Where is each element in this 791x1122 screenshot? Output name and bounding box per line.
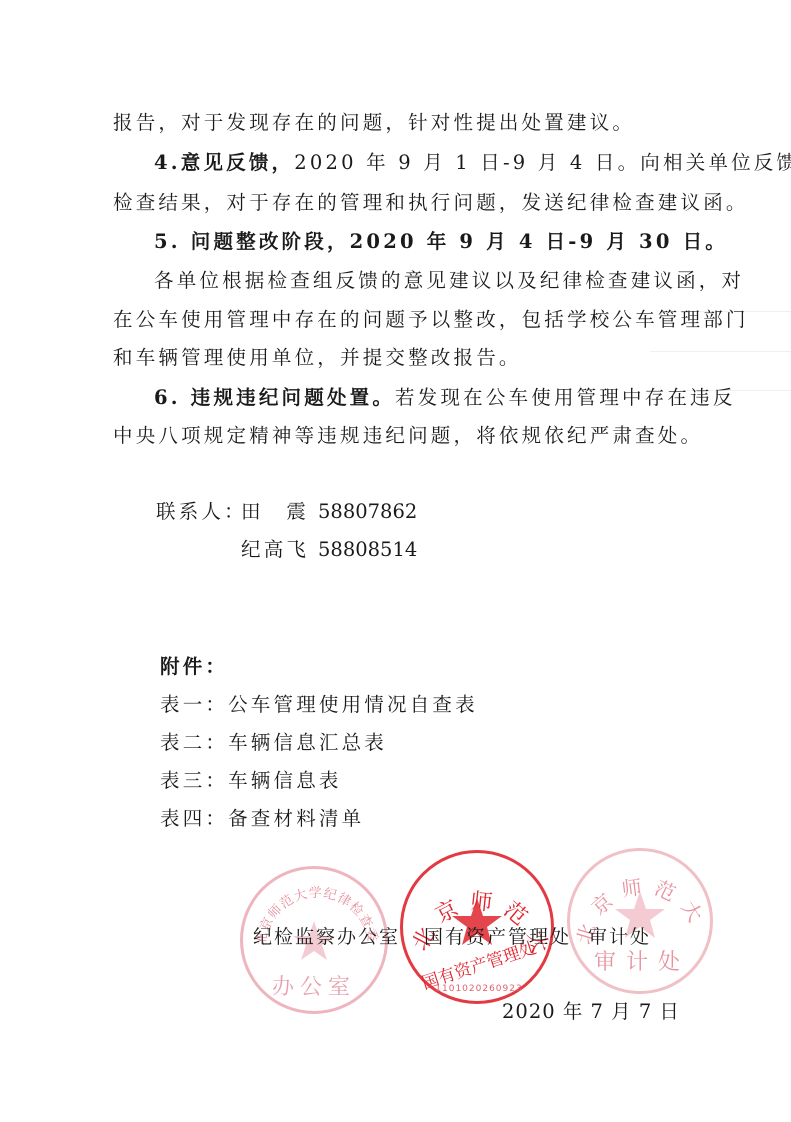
paragraph-line: 5. 问题整改阶段，2020 年 9 月 4 日-9 月 30 日。 xyxy=(154,230,728,254)
section-text: 2020 年 9 月 4 日-9 月 30 日。 xyxy=(350,230,728,253)
attachment-item: 表一：公车管理使用情况自查表 xyxy=(160,693,478,717)
paragraph-line: 6. 违规违纪问题处置。若发现在公车使用管理中存在违反 xyxy=(154,386,736,410)
attachment-title: 车辆信息表 xyxy=(228,769,342,792)
paragraph-line: 报告，对于发现存在的问题，针对性提出处置建议。 xyxy=(113,111,635,135)
signature-discipline-office: 纪检监察办公室 xyxy=(253,922,400,949)
section-heading-6: 6. 违规违纪问题处置。 xyxy=(154,386,395,409)
paragraph-line: 各单位根据检查组反馈的意见建议以及纪律检查建议函，对 xyxy=(154,269,744,293)
attachment-label: 表一： xyxy=(160,693,228,716)
attachments-heading: 附件： xyxy=(160,655,228,679)
svg-text:办公室: 办公室 xyxy=(272,975,356,1000)
attachment-item: 表四：备查材料清单 xyxy=(160,807,364,831)
contact-phone: 58808514 xyxy=(318,538,417,562)
contacts-label: 联系人： xyxy=(156,500,247,524)
attachment-title: 车辆信息汇总表 xyxy=(228,731,387,754)
attachment-label: 表二： xyxy=(160,731,228,754)
stamp-audit-office: 北京师范大学 审计处 xyxy=(567,848,713,994)
svg-text:审计处: 审计处 xyxy=(594,950,690,975)
attachment-label: 表四： xyxy=(160,807,228,830)
section-heading-4: 4.意见反馈， xyxy=(154,151,294,174)
signature-state-assets-office: 国有资产管理处 xyxy=(424,922,571,949)
paragraph-line: 4.意见反馈，2020 年 9 月 1 日-9 月 4 日。向相关单位反馈 xyxy=(154,151,791,175)
attachment-title: 备查材料清单 xyxy=(228,807,364,830)
contact-name: 田 震 xyxy=(241,500,309,524)
attachment-label: 表三： xyxy=(160,769,228,792)
paragraph-line: 在公车使用管理中存在的问题予以整改，包括学校公车管理部门 xyxy=(113,308,749,332)
paragraph-line: 中央八项规定精神等违规违纪问题，将依规依纪严肃查处。 xyxy=(113,424,703,448)
attachment-item: 表二：车辆信息汇总表 xyxy=(160,731,387,755)
section-heading-5: 5. 问题整改阶段， xyxy=(154,230,350,253)
paragraph-line: 检查结果，对于存在的管理和执行问题，发送纪律检查建议函。 xyxy=(113,191,749,215)
scan-artifact xyxy=(650,351,791,352)
contact-phone: 58807862 xyxy=(318,500,417,524)
signature-audit-office: 审计处 xyxy=(588,922,651,949)
svg-text:1101020260923: 1101020260923 xyxy=(435,984,522,994)
section-text: 若发现在公车使用管理中存在违反 xyxy=(395,386,736,409)
document-date: 2020 年 7 月 7 日 xyxy=(502,1000,680,1024)
section-text: 2020 年 9 月 1 日-9 月 4 日。向相关单位反馈 xyxy=(294,151,791,174)
contact-name: 纪高飞 xyxy=(241,538,309,562)
attachment-title: 公车管理使用情况自查表 xyxy=(228,693,478,716)
attachment-item: 表三：车辆信息表 xyxy=(160,769,342,793)
paragraph-line: 和车辆管理使用单位，并提交整改报告。 xyxy=(113,346,522,370)
